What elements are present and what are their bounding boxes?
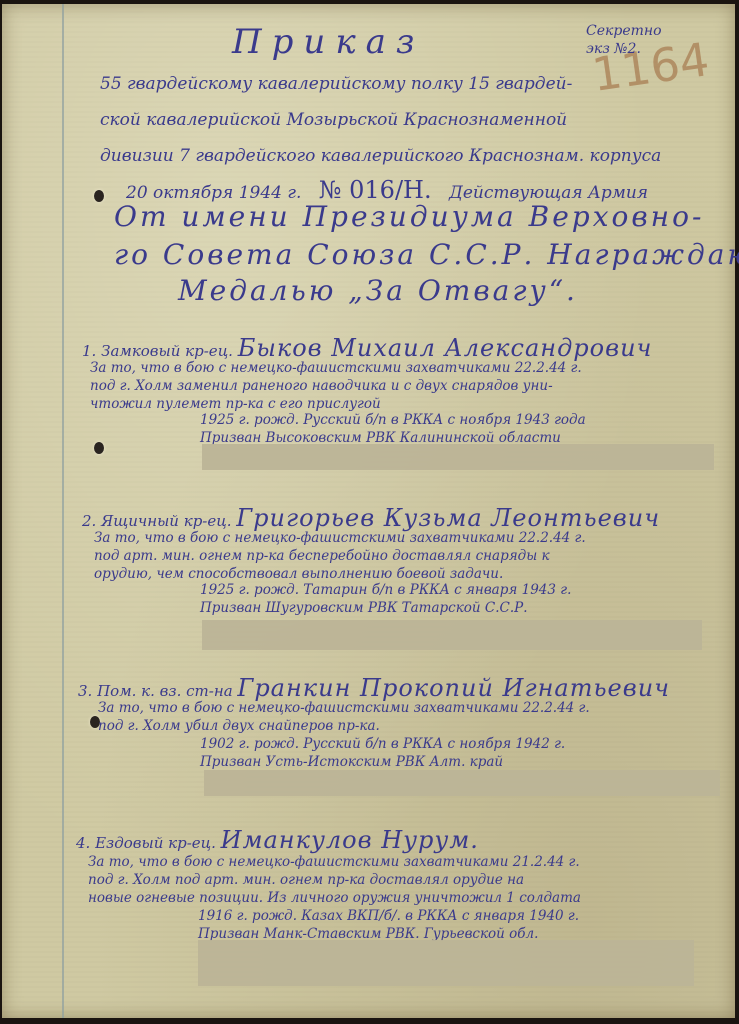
entry-name: Григорьев Кузьма Леонтьевич [236, 504, 660, 532]
copy-number: экз №2. [586, 40, 662, 58]
preamble-line: От имени Президиума Верховно- [114, 200, 704, 233]
punch-hole [94, 190, 104, 202]
bio-line: 1916 г. рожд. Казах ВКП/б/. в РККА с янв… [198, 908, 579, 924]
margin-line [62, 4, 64, 1018]
document-title: Приказ [232, 22, 424, 62]
bio-line: Призван Шугуровским РВК Татарской С.С.Р. [200, 600, 528, 616]
citation-line: под г. Холм убил двух снайперов пр-ка. [98, 718, 380, 734]
entry-rank: Пом. к. вз. ст-на [97, 682, 233, 700]
bio-line: 1925 г. рожд. Русский б/п в РККА с ноябр… [200, 412, 586, 428]
citation-line: под арт. мин. огнем пр-ка бесперебойно д… [94, 548, 550, 564]
bio-line: Призван Усть-Исток­ским РВК Алт. край [200, 754, 503, 770]
redaction-block [202, 620, 702, 650]
citation-line: За то, что в бою с немецко-фашистскими з… [88, 854, 580, 870]
punch-hole [94, 442, 104, 454]
redaction-block [204, 770, 720, 796]
entry-name: Гранкин Прокопий Игнатьевич [237, 674, 670, 702]
citation-line: За то, что в бою с немецко-фашистскими з… [98, 700, 590, 716]
redaction-block [198, 940, 694, 986]
bio-line: 1925 г. рожд. Татарин б/п в РККА с январ… [200, 582, 571, 598]
entry-rank: Ящичный кр-ец. [101, 512, 231, 530]
citation-line: новые огневые позиции. Из личного оружия… [88, 890, 581, 906]
header-line: ской кавалерийской Мозырьской Краснознам… [100, 110, 567, 130]
entry-index: 2. [82, 512, 96, 530]
entry-index: 3. [78, 682, 92, 700]
citation-line: под г. Холм заменил раненого наводчика и… [90, 378, 553, 394]
entry-heading: 1. Замковый кр-ец. Быков Михаил Александ… [82, 334, 652, 362]
entry-rank: Замковый кр-ец. [101, 342, 233, 360]
bio-line: 1902 г. рожд. Русский б/п в РККА с ноябр… [200, 736, 565, 752]
entry-index: 4. [76, 834, 90, 852]
classification: Секретно [586, 22, 662, 40]
entry-name: Быков Михаил Александрович [238, 334, 653, 362]
entry-heading: 3. Пом. к. вз. ст-на Гранкин Прокопий Иг… [78, 674, 670, 702]
entry-heading: 2. Ящичный кр-ец. Григорьев Кузьма Леонт… [82, 504, 660, 532]
header-line: дивизии 7 гвардейского кавалерийского Кр… [100, 146, 661, 166]
entry-heading: 4. Ездовый кр-ец. Иманкулов Нурум. [76, 826, 479, 854]
redaction-block [202, 444, 714, 470]
citation-line: орудию, чем способствовал выполнению бое… [94, 566, 503, 582]
document-page: 1164 Приказ Секретно экз №2. 55 гвардейс… [2, 4, 735, 1018]
entry-name: Иманкулов Нурум. [221, 826, 479, 854]
citation-line: За то, что в бою с немецко-фашистскими з… [94, 530, 586, 546]
entry-index: 1. [82, 342, 96, 360]
classification-mark: Секретно экз №2. [586, 22, 662, 58]
preamble-line: го Совета Союза С.С.Р. Награждаю: [114, 238, 739, 271]
citation-line: За то, что в бою с немецко-фашистскими з… [90, 360, 582, 376]
entry-rank: Ездовый кр-ец. [95, 834, 216, 852]
header-line: 55 гвардейскому кавалерийскому полку 15 … [100, 74, 572, 94]
citation-line: под г. Холм под арт. мин. огнем пр-ка до… [88, 872, 524, 888]
medal-line: Медалью „За Отвагу“. [178, 274, 578, 307]
citation-line: чтожил пулемет пр-ка с его прислугой [90, 396, 381, 412]
